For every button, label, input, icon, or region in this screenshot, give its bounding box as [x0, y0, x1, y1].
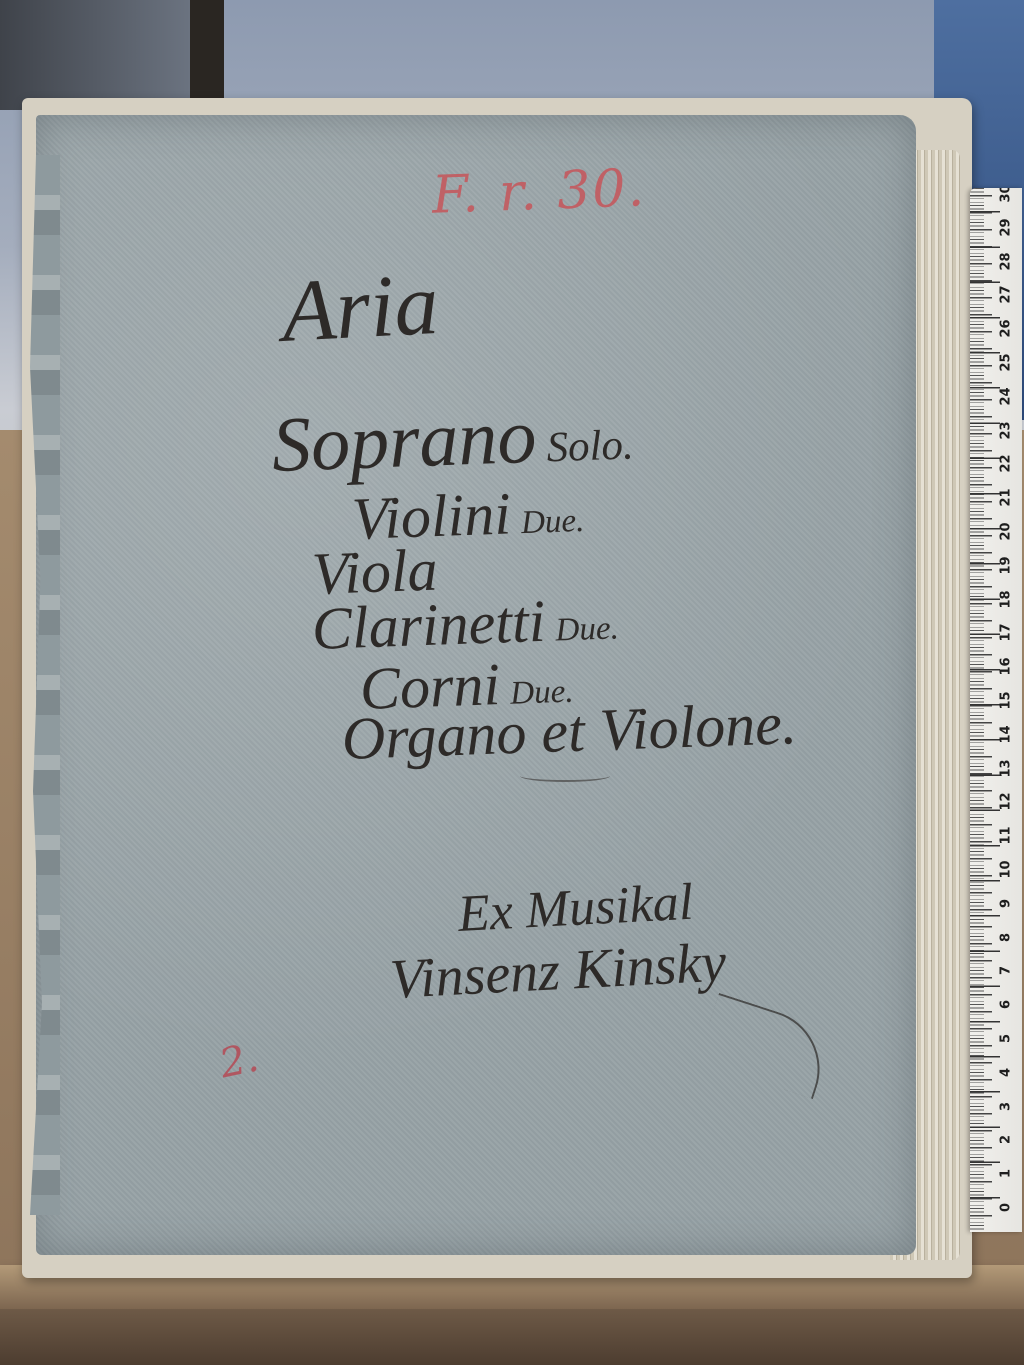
ruler-ticks: [970, 188, 1000, 1232]
ruler-number: 8: [999, 923, 1014, 951]
instrument-qualifier: Due.: [520, 503, 584, 541]
ruler-number: 21: [999, 484, 1014, 512]
ruler-number: 24: [999, 382, 1014, 410]
measuring-ruler: 0123456789101112131415161718192021222324…: [970, 188, 1022, 1232]
ruler-number: 11: [999, 822, 1014, 850]
ruler-number: 2: [999, 1126, 1014, 1154]
title: Aria: [279, 254, 441, 363]
floor: [0, 1309, 1024, 1365]
ruler-number: 18: [999, 585, 1014, 613]
ruler-number: 30: [999, 188, 1014, 208]
flourish-ornament: [520, 770, 610, 782]
ruler-number: 17: [999, 619, 1014, 647]
ruler-number: 13: [999, 754, 1014, 782]
ruler-number: 14: [999, 720, 1014, 748]
ruler-number: 15: [999, 687, 1014, 715]
scoring-line-soprano: SopranoSolo.: [270, 387, 634, 490]
ruler-number: 19: [999, 551, 1014, 579]
instrument-qualifier: Solo.: [546, 421, 635, 471]
background-wall: [0, 0, 190, 110]
ruler-number: 28: [999, 247, 1014, 275]
ruler-number: 12: [999, 788, 1014, 816]
ruler-number: 9: [999, 889, 1014, 917]
ruler-number: 3: [999, 1092, 1014, 1120]
ruler-number: 5: [999, 1025, 1014, 1053]
ruler-number: 4: [999, 1058, 1014, 1086]
instrument-name: Organo et Violone.: [341, 690, 798, 772]
ruler-number: 26: [999, 315, 1014, 343]
shelfmark: F. r. 30.: [431, 158, 647, 225]
ruler-number: 22: [999, 450, 1014, 478]
ruler-number: 6: [999, 991, 1014, 1019]
ruler-number: 1: [999, 1160, 1014, 1188]
ruler-number: 16: [999, 653, 1014, 681]
ruler-number: 23: [999, 416, 1014, 444]
instrument-name: Soprano: [270, 392, 537, 488]
ruler-number: 27: [999, 281, 1014, 309]
ruler-number: 0: [999, 1194, 1014, 1222]
instrument-qualifier: Due.: [555, 610, 619, 648]
ruler-number: 10: [999, 856, 1014, 884]
ruler-number: 20: [999, 518, 1014, 546]
ruler-number: 25: [999, 349, 1014, 377]
ruler-number: 29: [999, 213, 1014, 241]
ruler-number: 7: [999, 957, 1014, 985]
